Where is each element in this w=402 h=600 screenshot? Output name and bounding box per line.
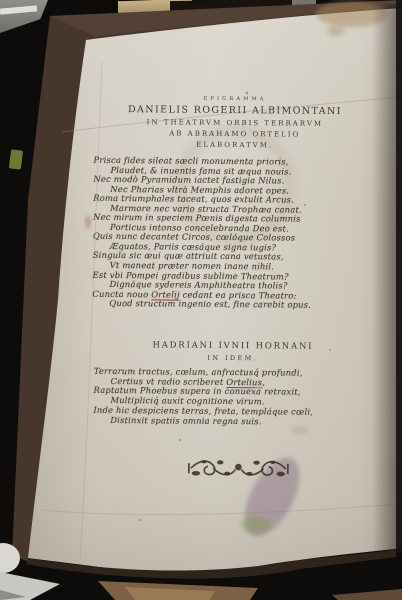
junius-subtitle: IN IDEM. <box>83 353 383 364</box>
epigram-author-line: DANIELIS ROGERII ALBIMONTANI <box>85 104 385 118</box>
poem-line-post: , <box>262 377 265 387</box>
epigram-subtitle-1: IN THEATRVM ORBIS TERRARVM <box>85 118 385 129</box>
epigram-heading: EPIGRAMMA DANIELIS ROGERII ALBIMONTANI I… <box>85 95 385 151</box>
epigram-kicker: EPIGRAMMA <box>85 95 385 104</box>
epigram-subtitle-3: ELABORATVM. <box>85 140 385 151</box>
poem-junius: Terrarum tractus, cœlum, anfractusq́ pro… <box>93 367 361 428</box>
junius-heading: HADRIANI IVNII HORNANI IN IDEM. <box>83 340 383 364</box>
junius-author-line: HADRIANI IVNII HORNANI <box>83 340 383 353</box>
page-text-layer: EPIGRAMMA DANIELIS ROGERII ALBIMONTANI I… <box>0 0 402 600</box>
poem-line: Quod structum ingenio est, fine carebit … <box>92 299 354 311</box>
poem-line: Distinxit spatiis omnia regna suis. <box>93 415 361 427</box>
headpiece-ornament <box>187 455 290 483</box>
epigram-subtitle-2: AB ABRAHAMO ORTELIO <box>85 129 385 140</box>
poem-rogers: Prisca fides sileat sæcli monumenta prio… <box>92 156 355 311</box>
